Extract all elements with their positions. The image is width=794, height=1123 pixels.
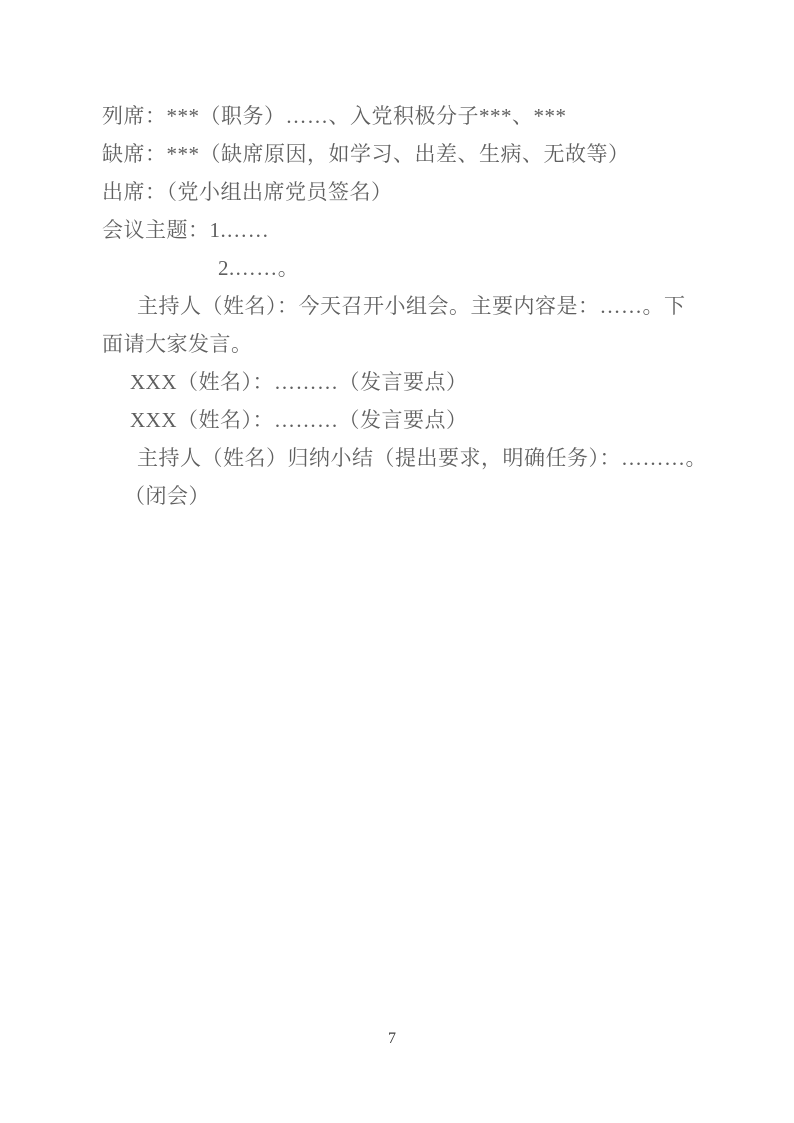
line-attendees: 出席：（党小组出席党员签名） — [102, 173, 794, 211]
line-meeting-close: （闭会） — [102, 477, 794, 515]
line-speaker-1: XXX（姓名）：………（发言要点） — [102, 363, 794, 401]
page-footer: 7 — [0, 1028, 789, 1049]
line-speaker-2: XXX（姓名）：………（发言要点） — [102, 401, 794, 439]
line-host-summary: 主持人（姓名）归纳小结（提出要求，明确任务）：………。 — [102, 439, 794, 477]
document-body: 列席：***（职务）……、入党积极分子***、*** 缺席：***（缺席原因，如… — [102, 97, 794, 515]
line-host-opening-wrap: 面请大家发言。 — [102, 325, 794, 363]
line-meeting-topic-2: 2.……。 — [102, 249, 794, 287]
line-meeting-topic-1: 会议主题：1.…… — [102, 211, 794, 249]
line-observers: 列席：***（职务）……、入党积极分子***、*** — [102, 97, 794, 135]
line-absentees: 缺席：***（缺席原因，如学习、出差、生病、无故等） — [102, 135, 794, 173]
document-page: 列席：***（职务）……、入党积极分子***、*** 缺席：***（缺席原因，如… — [0, 0, 794, 1123]
line-host-opening: 主持人（姓名）：今天召开小组会。主要内容是：……。下 — [102, 287, 794, 325]
page-number: 7 — [388, 1030, 396, 1047]
